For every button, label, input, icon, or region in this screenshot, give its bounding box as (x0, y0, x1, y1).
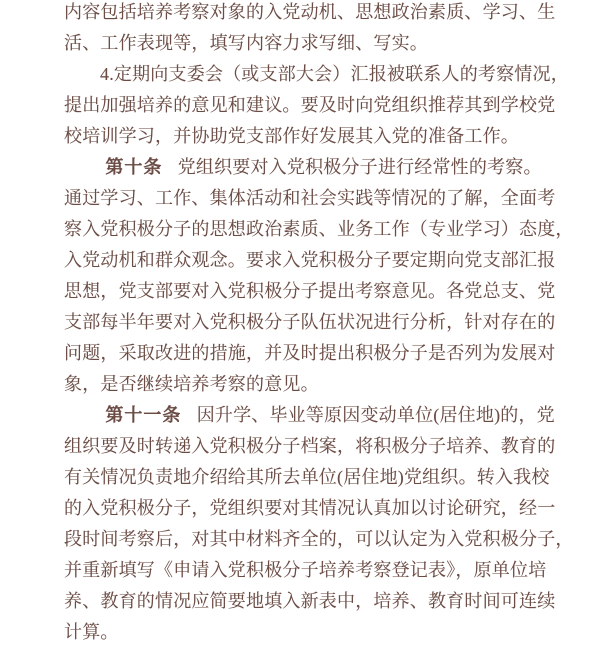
line-text: 提出加强培养的意见和建议。要及时向党组织推荐其到学校党 (64, 95, 555, 115)
line-text: 察入党积极分子的思想政治素质、业务工作（专业学习）态度， (64, 219, 574, 239)
text-line: 第十一条因升学、毕业等原因变动单位(居住地)的，党 (64, 400, 561, 431)
line-text: 的入党积极分子，党组织要对其情况认真加以讨论研究，经一 (64, 498, 555, 518)
text-line: 入党动机和群众观念。要求入党积极分子要定期向党支部汇报 (64, 245, 561, 276)
article-number: 第十一条 (105, 405, 181, 425)
line-text: 内容包括培养考察对象的入党动机、思想政治素质、学习、生 (64, 2, 555, 22)
text-line: 组织要及时转递入党积极分子档案，将积极分子培养、教育的 (64, 431, 561, 462)
line-text: 4.定期向支委会（或支部大会）汇报被联系人的考察情况， (100, 64, 569, 84)
document-page: 内容包括培养考察对象的入党动机、思想政治素质、学习、生活、工作表现等，填写内容力… (0, 0, 611, 651)
text-line: 的入党积极分子，党组织要对其情况认真加以讨论研究，经一 (64, 493, 561, 524)
text-lines: 内容包括培养考察对象的入党动机、思想政治素质、学习、生活、工作表现等，填写内容力… (64, 0, 561, 648)
text-line: 提出加强培养的意见和建议。要及时向党组织推荐其到学校党 (64, 90, 561, 121)
line-text: 活、工作表现等，填写内容力求写细、写实。 (64, 33, 428, 53)
line-text: 思想，党支部要对入党积极分子提出考察意见。各党总支、党 (64, 281, 555, 301)
text-line: 活、工作表现等，填写内容力求写细、写实。 (64, 28, 561, 59)
text-line: 第十条党组织要对入党积极分子进行经常性的考察。 (64, 152, 561, 183)
text-line: 通过学习、工作、集体活动和社会实践等情况的了解，全面考 (64, 183, 561, 214)
text-line: 内容包括培养考察对象的入党动机、思想政治素质、学习、生 (64, 0, 561, 28)
text-line: 察入党积极分子的思想政治素质、业务工作（专业学习）态度， (64, 214, 561, 245)
text-line: 计算。 (64, 617, 561, 648)
line-text: 因升学、毕业等原因变动单位(居住地)的，党 (197, 405, 555, 425)
text-line: 思想，党支部要对入党积极分子提出考察意见。各党总支、党 (64, 276, 561, 307)
line-text: 有关情况负责地介绍给其所去单位(居住地)党组织。转入我校 (64, 467, 550, 487)
line-text: 校培训学习，并协助党支部作好发展其入党的准备工作。 (64, 126, 519, 146)
text-line: 4.定期向支委会（或支部大会）汇报被联系人的考察情况， (64, 59, 561, 90)
text-line: 段时间考察后，对其中材料齐全的，可以认定为入党积极分子， (64, 524, 561, 555)
line-text: 入党动机和群众观念。要求入党积极分子要定期向党支部汇报 (64, 250, 555, 270)
line-text: 段时间考察后，对其中材料齐全的，可以认定为入党积极分子， (64, 529, 574, 549)
line-text: 通过学习、工作、集体活动和社会实践等情况的了解，全面考 (64, 188, 555, 208)
text-line: 象，是否继续培养考察的意见。 (64, 369, 561, 400)
line-text: 问题，采取改进的措施，并及时提出积极分子是否列为发展对 (64, 343, 555, 363)
text-line: 并重新填写《申请入党积极分子培养考察登记表》，原单位培 (64, 555, 561, 586)
text-line: 校培训学习，并协助党支部作好发展其入党的准备工作。 (64, 121, 561, 152)
line-text: 计算。 (64, 622, 119, 642)
line-text: 支部每半年要对入党积极分子队伍状况进行分析，针对存在的 (64, 312, 555, 332)
text-line: 养、教育的情况应简要地填入新表中，培养、教育时间可连续 (64, 586, 561, 617)
line-text: 党组织要对入党积极分子进行经常性的考察。 (178, 157, 542, 177)
text-line: 有关情况负责地介绍给其所去单位(居住地)党组织。转入我校 (64, 462, 561, 493)
article-number: 第十条 (105, 157, 162, 177)
line-text: 象，是否继续培养考察的意见。 (64, 374, 319, 394)
line-text: 养、教育的情况应简要地填入新表中，培养、教育时间可连续 (64, 591, 555, 611)
line-text: 组织要及时转递入党积极分子档案，将积极分子培养、教育的 (64, 436, 555, 456)
text-line: 支部每半年要对入党积极分子队伍状况进行分析，针对存在的 (64, 307, 561, 338)
text-line: 问题，采取改进的措施，并及时提出积极分子是否列为发展对 (64, 338, 561, 369)
line-text: 并重新填写《申请入党积极分子培养考察登记表》，原单位培 (64, 560, 546, 580)
